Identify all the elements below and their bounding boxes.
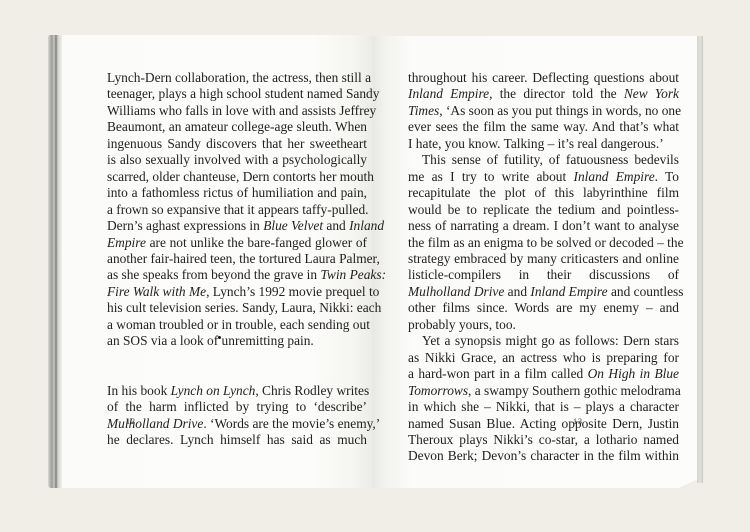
italic-title: Lynch on Lynch [171, 383, 256, 398]
right-paragraph-1: throughout his career. Deflecting questi… [408, 70, 679, 152]
text-line: Mulholland Drive and Inland Empire and c… [408, 284, 679, 300]
text-line: ness of narrating a dream. I don’t want … [408, 218, 679, 234]
text-line: In his book Lynch on Lynch, Chris Rodley… [107, 383, 367, 399]
italic-title: Twin Peaks: [320, 267, 386, 282]
book-spread: Lynch-Dern collaboration, the actress, t… [0, 0, 750, 532]
text-line: a frown so expansive that it appears taf… [107, 202, 367, 218]
text-line: teenager, plays a high school student na… [107, 86, 367, 102]
text-line: would be to replicate the tedium and poi… [408, 202, 679, 218]
text-line: Williams who falls in love with and assi… [107, 103, 367, 119]
text-line: ever sees the film the same way. And tha… [408, 119, 679, 135]
italic-title: On High in Blue [588, 366, 679, 381]
text-line: Times, ‘As soon as you put things in wor… [408, 103, 679, 119]
text-line: as Nikki Grace, an actress who is prepar… [408, 350, 679, 366]
text-line: the film as an enigma to be solved or de… [408, 235, 679, 251]
italic-title: Empire [107, 235, 146, 250]
section-break-dot [218, 336, 221, 339]
text-line: other films since. Words are my enemy – … [408, 300, 679, 316]
section-break-space [107, 350, 367, 383]
text-line: Yet a synopsis might go as follows: Dern… [408, 333, 679, 349]
text-line: I hate, you know. Talking – it’s real da… [408, 136, 679, 152]
text-line: named Susan Blue. Acting opposite Dern, … [408, 416, 679, 432]
page-number-right: 13 [573, 417, 583, 426]
italic-title: Blue Velvet [263, 218, 323, 233]
left-paragraph-1: Lynch-Dern collaboration, the actress, t… [107, 70, 367, 350]
text-line: an SOS via a look of unremitting pain. [107, 333, 367, 349]
italic-title: Inland [349, 218, 384, 233]
right-page-edges [697, 36, 703, 483]
text-line: into a fathomless rictus of humiliation … [107, 185, 367, 201]
text-line: he declares. Lynch himself has said as m… [107, 432, 367, 448]
text-line: probably yours, too. [408, 317, 679, 333]
text-line: Theroux plays Nikki’s co-star, a lothari… [408, 432, 679, 448]
text-line: of the harm inflicted by trying to ‘desc… [107, 399, 367, 415]
text-line: listicle-compilers in their discussions … [408, 267, 679, 283]
text-line: scarred, older chanteuse, Dern contorts … [107, 169, 367, 185]
text-line: a hard-won part in a film called On High… [408, 366, 679, 382]
text-line: Dern’s aghast expressions in Blue Velvet… [107, 218, 367, 234]
text-line: another fair-haired teen, the tortured L… [107, 251, 367, 267]
italic-title: Tomorrows [408, 383, 468, 398]
left-paragraph-2: In his book Lynch on Lynch, Chris Rodley… [107, 383, 367, 449]
italic-title: Times [408, 103, 439, 118]
text-line: throughout his career. Deflecting questi… [408, 70, 679, 86]
text-line: Devon Berk; Devon’s character in the fil… [408, 448, 679, 464]
italic-title: Mulholland Drive [107, 416, 203, 431]
text-line: me as I try to write about Inland Empire… [408, 169, 679, 185]
text-line: ingenuous Sandy discovers that her sweet… [107, 136, 367, 152]
italic-title: New York [624, 86, 679, 101]
text-line: is also sexually involved with a psychol… [107, 152, 367, 168]
text-line: as she speaks from beyond the grave in T… [107, 267, 367, 283]
right-paragraph-3: Yet a synopsis might go as follows: Dern… [408, 333, 679, 465]
right-paragraph-2: This sense of futility, of fatuousness b… [408, 152, 679, 333]
italic-title: Inland Empire [408, 86, 489, 101]
text-line: strategy embraced by many criticasters a… [408, 251, 679, 267]
text-line: his cult television series. Sandy, Laura… [107, 300, 367, 316]
right-page-text: throughout his career. Deflecting questi… [408, 70, 679, 465]
text-line: Mulholland Drive. ‘Words are the movie’s… [107, 416, 367, 432]
text-line: This sense of futility, of fatuousness b… [408, 152, 679, 168]
text-line: a woman troubled or in trouble, each sen… [107, 317, 367, 333]
left-page-text: Lynch-Dern collaboration, the actress, t… [107, 70, 367, 448]
text-line: Empire are not unlike the bare-fanged gl… [107, 235, 367, 251]
italic-title: Mulholland Drive [408, 284, 504, 299]
text-line: recapitulate the plot of this labyrinthi… [408, 185, 679, 201]
page-number-left: 12 [126, 417, 136, 426]
text-line: Lynch-Dern collaboration, the actress, t… [107, 70, 367, 86]
text-line: Inland Empire, the director told the New… [408, 86, 679, 102]
text-line: Tomorrows, a swampy Southern gothic melo… [408, 383, 679, 399]
text-line: Beaumont, an amateur college-age sleuth.… [107, 119, 367, 135]
text-line: in which she – Nikki, that is – plays a … [408, 399, 679, 415]
text-line: Fire Walk with Me, Lynch’s 1992 movie pr… [107, 284, 367, 300]
italic-title: Inland Empire [530, 284, 607, 299]
italic-title: Inland Empire [574, 169, 655, 184]
italic-title: Fire Walk with Me [107, 284, 206, 299]
